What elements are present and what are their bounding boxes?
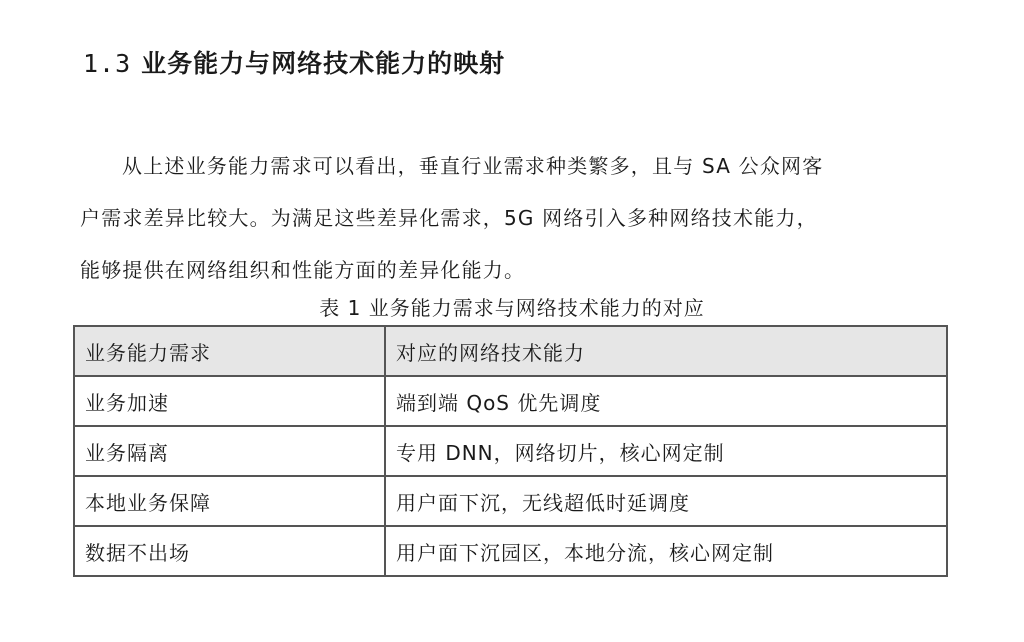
column-header-business-capability: 业务能力需求 bbox=[74, 326, 385, 376]
column-header-network-capability: 对应的网络技术能力 bbox=[385, 326, 947, 376]
section-title: 业务能力与网络技术能力的映射 bbox=[141, 49, 505, 78]
table-row: 本地业务保障 用户面下沉，无线超低时延调度 bbox=[74, 476, 947, 526]
table-header-row: 业务能力需求 对应的网络技术能力 bbox=[74, 326, 947, 376]
cell-business-capability: 业务加速 bbox=[74, 376, 385, 426]
body-paragraph: 从上述业务能力需求可以看出，垂直行业需求种类繁多，且与 SA 公众网客 户需求差… bbox=[80, 140, 950, 296]
paragraph-line: 能够提供在网络组织和性能方面的差异化能力。 bbox=[80, 244, 950, 296]
cell-network-capability: 用户面下沉，无线超低时延调度 bbox=[385, 476, 947, 526]
cell-business-capability: 业务隔离 bbox=[74, 426, 385, 476]
table-row: 业务加速 端到端 QoS 优先调度 bbox=[74, 376, 947, 426]
cell-network-capability: 专用 DNN，网络切片，核心网定制 bbox=[385, 426, 947, 476]
cell-business-capability: 本地业务保障 bbox=[74, 476, 385, 526]
paragraph-line: 从上述业务能力需求可以看出，垂直行业需求种类繁多，且与 SA 公众网客 bbox=[80, 140, 950, 192]
section-heading: 1.3业务能力与网络技术能力的映射 bbox=[83, 44, 505, 80]
section-number: 1.3 bbox=[83, 49, 131, 78]
cell-network-capability: 端到端 QoS 优先调度 bbox=[385, 376, 947, 426]
table-caption: 表 1 业务能力需求与网络技术能力的对应 bbox=[0, 292, 1024, 321]
cell-business-capability: 数据不出场 bbox=[74, 526, 385, 576]
table-row: 业务隔离 专用 DNN，网络切片，核心网定制 bbox=[74, 426, 947, 476]
table-row: 数据不出场 用户面下沉园区，本地分流，核心网定制 bbox=[74, 526, 947, 576]
capability-mapping-table: 业务能力需求 对应的网络技术能力 业务加速 端到端 QoS 优先调度 业务隔离 … bbox=[73, 325, 948, 577]
cell-network-capability: 用户面下沉园区，本地分流，核心网定制 bbox=[385, 526, 947, 576]
paragraph-line: 户需求差异比较大。为满足这些差异化需求，5G 网络引入多种网络技术能力， bbox=[80, 192, 950, 244]
